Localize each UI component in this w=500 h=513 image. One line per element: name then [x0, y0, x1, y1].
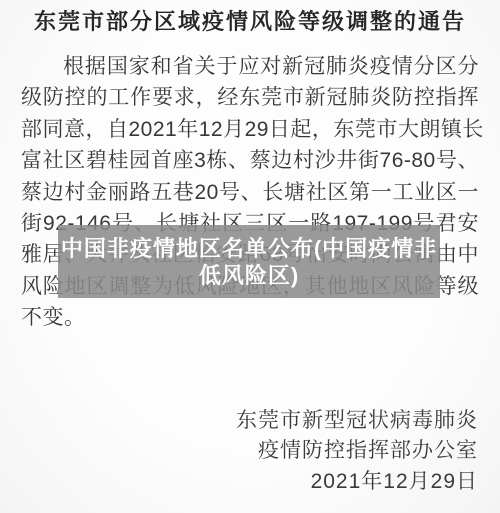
body-line: 蔡边村金丽路五巷20号、长塘社区第一工业区一: [21, 177, 479, 208]
body-line: 不变。: [21, 302, 479, 333]
body-line: 级防控的工作要求，经东莞市新冠肺炎防控指挥: [21, 82, 479, 113]
signature-org-line-1: 东莞市新型冠状病毒肺炎: [0, 406, 478, 437]
notice-title: 东莞市部分区域疫情风险等级调整的通告: [0, 0, 500, 37]
notice-page: 东莞市部分区域疫情风险等级调整的通告 根据国家和省关于应对新冠肺炎疫情分区分 级…: [0, 0, 500, 513]
body-line: 富社区碧桂园首座3栋、蔡边村沙井街76-80号、: [21, 145, 479, 176]
body-line: 部同意，自2021年12月29日起，东莞市大朗镇长: [21, 114, 479, 145]
overlay-caption-line-2: 低风险区): [199, 262, 299, 289]
overlay-caption-line-1: 中国非疫情地区名单公布(中国疫情非: [61, 235, 437, 262]
signature-block: 东莞市新型冠状病毒肺炎 疫情防控指挥部办公室 2021年12月29日: [0, 406, 478, 498]
signature-date: 2021年12月29日: [0, 467, 478, 498]
overlay-caption: 中国非疫情地区名单公布(中国疫情非 低风险区): [58, 225, 440, 298]
signature-org-line-2: 疫情防控指挥部办公室: [0, 436, 478, 467]
body-line: 根据国家和省关于应对新冠肺炎疫情分区分: [21, 51, 479, 82]
